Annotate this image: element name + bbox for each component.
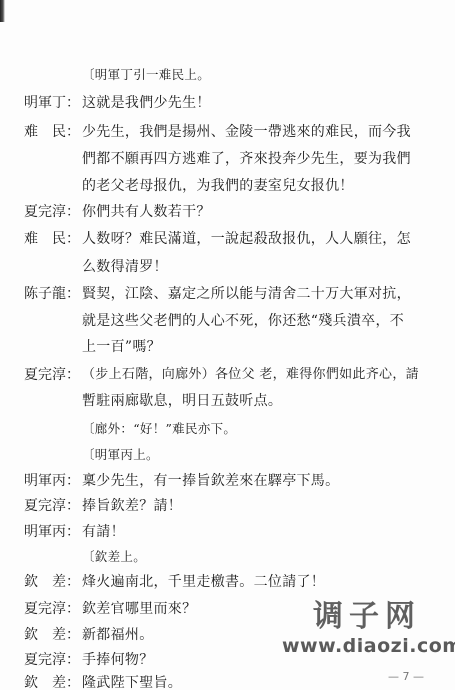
- dialog-text: （步上石階，向廊外）各位父 老，难得你們如此齐心，請: [82, 366, 419, 384]
- dialog-text: 賢契，江陰、嘉定之所以能与清舍二十万大軍对抗，: [82, 285, 411, 303]
- dialog-text: 就是这些父老們的人心不死，你还愁“殘兵潰卒，不: [82, 312, 404, 330]
- dialog-text: 这就是我們少先生！: [82, 94, 211, 112]
- speaker-name: 欽 差：: [24, 626, 82, 644]
- watermark-title: 调子网: [282, 600, 452, 634]
- speaker-name: 夏完淳：: [24, 600, 82, 618]
- stage-text: 〔明軍丙上。: [82, 446, 159, 464]
- scanned-page: 〔明軍丁引一难民上。 明軍丁： 这就是我們少先生！ 难 民： 少先生，我們是揚州…: [0, 0, 455, 690]
- dialog-text: 烽火遍南北，千里走檄書。二位請了！: [82, 573, 325, 591]
- page-number: — 7 —: [388, 670, 424, 683]
- speaker-name: 夏完淳：: [24, 366, 82, 384]
- dialog-text: 少先生，我們是揚州、金陵一帶逃來的难民，而今我: [82, 123, 411, 141]
- dialog-text: 手捧何物？: [82, 651, 154, 669]
- speaker-name: 欽 差：: [24, 674, 82, 690]
- speaker-name: 欽 差：: [24, 573, 82, 591]
- dialog-text: 你們共有人数若干？: [82, 203, 211, 221]
- dialog-text: 稟少先生，有一捧旨欽差來在驛亭下馬。: [82, 472, 339, 490]
- dialog-text: 們都不願再四方逃难了，齐來投奔少先生，要为我們: [82, 150, 411, 168]
- dialog-text: 新都福州。: [82, 626, 154, 644]
- stage-text: 〔廊外：“好！”难民亦下。: [82, 420, 236, 438]
- dialog-text: 的老父老母报仇，为我們的妻室兒女报仇！: [82, 177, 354, 195]
- stage-text: 〔欽差上。: [82, 548, 146, 566]
- speaker-name: 夏完淳：: [24, 203, 82, 221]
- dialog-text: 么数得清罗！: [82, 258, 168, 276]
- scan-edge-mark: [0, 0, 5, 22]
- dialog-text: 人数呀？难民滿道，一說起殺敌报仇，人人願往，怎: [82, 230, 411, 248]
- stage-text: 〔明軍丁引一难民上。: [82, 66, 210, 84]
- speaker-name: 明軍丁：: [24, 94, 82, 112]
- dialog-text: 欽差官哪里而來？: [82, 600, 196, 618]
- speaker-name: 明軍丙：: [24, 472, 82, 490]
- dialog-text: 暫駐兩廊歇息，明日五鼓听点。: [82, 392, 282, 410]
- dialog-text: 上一百”嗎？: [82, 338, 161, 356]
- speaker-name: 夏完淳：: [24, 497, 82, 515]
- speaker-name: 陈子龍：: [24, 285, 82, 303]
- speaker-name: 难 民：: [24, 123, 82, 141]
- watermark-url: www.diaozi.com: [282, 634, 452, 658]
- dialog-text: 有請！: [82, 523, 125, 541]
- speaker-name: 明軍丙：: [24, 523, 82, 541]
- speaker-name: 夏完淳：: [24, 651, 82, 669]
- dialog-text: 捧旨欽差？請！: [82, 497, 182, 515]
- watermark: 调子网 www.diaozi.com: [282, 600, 452, 658]
- dialog-text: 隆武陛下聖旨。: [82, 674, 182, 690]
- speaker-name: 难 民：: [24, 230, 82, 248]
